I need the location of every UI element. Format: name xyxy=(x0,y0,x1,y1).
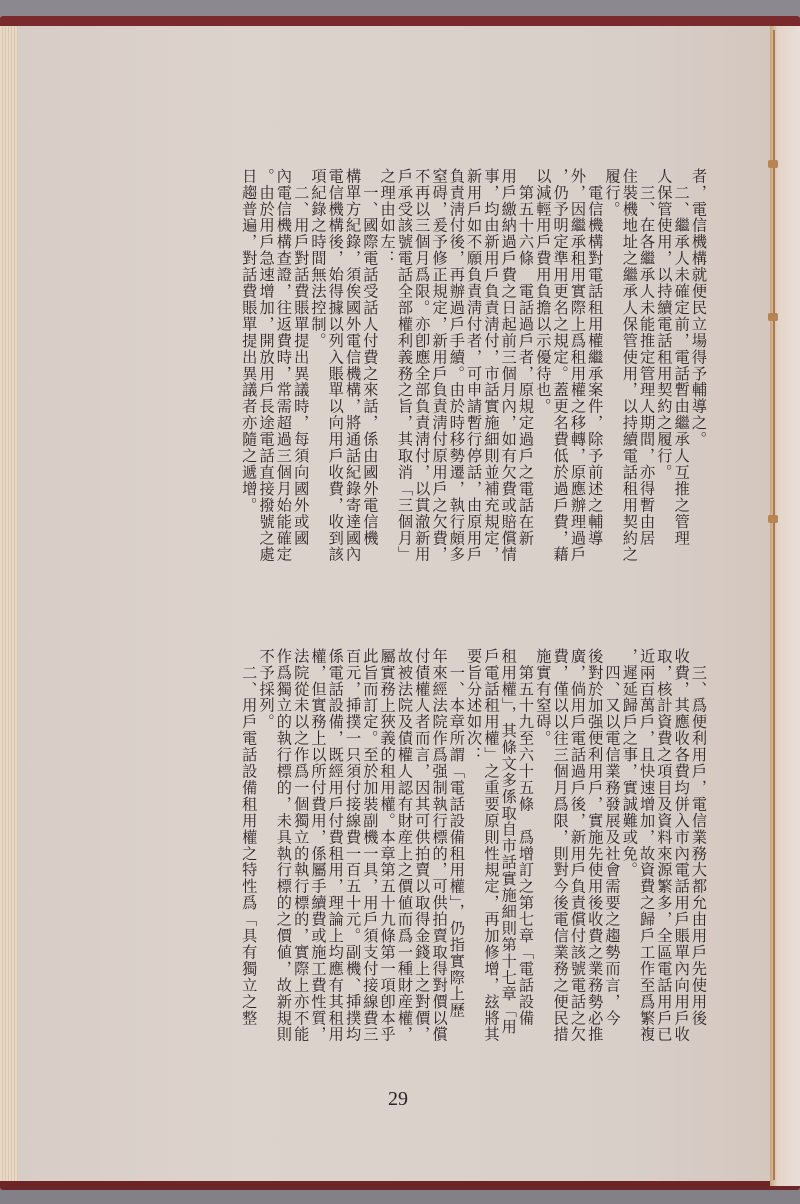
text-column: 新用戶如不願負責淸付者，可申請暫行停話，由原用戶 xyxy=(465,168,482,608)
text-column: 取，核計資費之項目及資料來源繁多，全區電話用戶已 xyxy=(655,648,672,1073)
text-column: 履行。 xyxy=(603,168,620,608)
text-column: 者，電信機構就便民立場得予輔導之。 xyxy=(690,168,707,608)
text-column: 第五十九至六十五條 爲增訂之第七章「電話設備 xyxy=(517,648,534,1073)
text-column: 二、用戶對話費賬單提出異議時，每須向國外或國 xyxy=(292,168,309,608)
text-column: 此旨而訂定。至於加裝副機一具，用戶須支付接線費三 xyxy=(361,648,378,1073)
text-column: 係電話設備，既經用戶付費租用，理論上均應有其租用 xyxy=(326,648,343,1073)
text-column: 項紀錄之時間無法控制。 xyxy=(309,168,326,608)
text-column: 三、爲便利用戶，電信業務大都允由用戶先使用後 xyxy=(690,648,707,1073)
text-column: 租用權」，其條文多係取自市話實施細則第十七章「用 xyxy=(499,648,516,1073)
text-column: 年來經法院作爲强制執行標的，可供拍賣取得對價以償 xyxy=(430,648,447,1073)
text-column: 四、又以電信業務發展及社會需要之趨勢而言，今 xyxy=(603,648,620,1073)
text-column: 權，但實務上以所付費用，係屬手續費或施工費性質， xyxy=(309,648,326,1073)
text-column: 三、在各繼承人未能推定管理人期間，亦得暫由居 xyxy=(638,168,655,608)
text-column: 窒碍，爰予修正規定，新用戶負責淸付原用戶之欠費， xyxy=(430,168,447,608)
text-column: 廣，倘用戶電話過戶後，新用戶負責償付該號電話之欠 xyxy=(569,648,586,1073)
text-column: 近兩百萬戶，且快速增加，故資費之歸戶工作至爲繁複 xyxy=(638,648,655,1073)
text-column: 人保管使用，以持續電話租用契約之履行。 xyxy=(655,168,672,608)
text-column: 第五十六條 電話過戶者，原規定過戶之電話在新 xyxy=(517,168,534,608)
text-column: 負責淸付後，再辦過戶手續。由於時移勢遷，執行頗多 xyxy=(448,168,465,608)
text-column: 一、國際電話受話人付費之來話，係由國外電信機 xyxy=(361,168,378,608)
text-column: 要旨分述如次： xyxy=(465,648,482,1073)
text-column: 法院從未以之作爲一個獨立的執行標的，實際上亦不能 xyxy=(292,648,309,1073)
text-column: 電信機構後，始得據以列入賬單以向用戶收費，收到該 xyxy=(326,168,343,608)
text-column: 費，僅以以往三個月爲限，則對今後電信業務之便民措 xyxy=(551,648,568,1073)
text-column: 電信機構對電話租用權繼承案件，除予前述之輔導 xyxy=(586,168,603,608)
page-number: 29 xyxy=(388,1088,408,1111)
text-column: ，遲延歸戶之事，實誠難或免。 xyxy=(621,648,638,1073)
text-column: 之理由如左： xyxy=(378,168,395,608)
text-column: 以減輕用戶費用負擔以示優待也。 xyxy=(534,168,551,608)
text-column: 事，均由新用戶負責淸付，市話實施細則並補充規定， xyxy=(482,168,499,608)
text-column: 用戶繳納過戶費之日起前三個月內，如有欠費或賠償情 xyxy=(499,168,516,608)
binding-stitch xyxy=(768,160,778,168)
top-text-section: 者，電信機構就便民立場得予輔導之。 二、繼承人未確定前，電話暫由繼承人互推之管理… xyxy=(240,168,707,608)
bottom-text-section: 三、爲便利用戶，電信業務大都允由用戶先使用後 收費，其應收各費均併入市內電話用戶… xyxy=(240,648,707,1073)
text-column: 屬實務上狹義的租用權。本章第五十九條第一項卽本乎 xyxy=(378,648,395,1073)
text-column: 百元，挿撲一只須付接線費一百五十元。副機、挿撲均 xyxy=(344,648,361,1073)
binding-thread xyxy=(773,30,775,1180)
text-column: 施實有窒碍。 xyxy=(534,648,551,1073)
text-column: 構單方紀錄，須俟國外電信機構，將通話紀錄寄達國內 xyxy=(344,168,361,608)
page-edges xyxy=(0,26,18,1181)
text-column: 二、用戶電話設備租用權之特性爲「具有獨立之整 xyxy=(240,648,257,1073)
text-column: 不予採列。 xyxy=(257,648,274,1073)
text-column: 二、繼承人未確定前，電話暫由繼承人互推之管理 xyxy=(672,168,689,608)
text-column: 故被法院及債權人認有財産上之價値而爲一種財産權， xyxy=(396,648,413,1073)
text-column: 內電信機構查證，往返費時，常需超過三個月始能確定 xyxy=(275,168,292,608)
text-column: 住裝機地址之繼承人保管使用，以持續電話租用契約之 xyxy=(621,168,638,608)
text-column: 收費，其應收各費均併入市內電話用戶賬單內向用戶收 xyxy=(672,648,689,1073)
binding-stitch xyxy=(768,313,778,321)
text-column: 外，因繼承租用實際上爲租用權之移轉，原應辦理過戶 xyxy=(569,168,586,608)
text-column: ，仍予明定準用更名之規定。蓋更名費低於過戶費，藉 xyxy=(551,168,568,608)
text-column: 付債權人者而言，因其可供拍賣以取得金錢上之對價， xyxy=(413,648,430,1073)
text-column: 戶電話租用權」之重要原則性規定，再加修增，玆將其 xyxy=(482,648,499,1073)
text-column: 後對於加强便利用戶，實施先使用後收費之業務勢必推 xyxy=(586,648,603,1073)
text-column: 作爲獨立的執行標的，未具執行標的之價値，故新規則 xyxy=(275,648,292,1073)
text-column: 一、本章所謂「電話設備租用權」，仍指實際上歷 xyxy=(448,648,465,1073)
text-column: 戶承受該號電話全部權利義務之旨，其取消「三個月」 xyxy=(396,168,413,608)
text-column: 不再以三個月爲限。亦卽應全部負責淸付，以貫澈新用 xyxy=(413,168,430,608)
text-column: 。由於用戶急速增加，開放用戶長途電話直接撥號之處 xyxy=(257,168,274,608)
binding-stitch xyxy=(768,515,778,523)
text-column: 日趨普遍，對話費賬單提出異議者亦隨之遞增。 xyxy=(240,168,257,608)
